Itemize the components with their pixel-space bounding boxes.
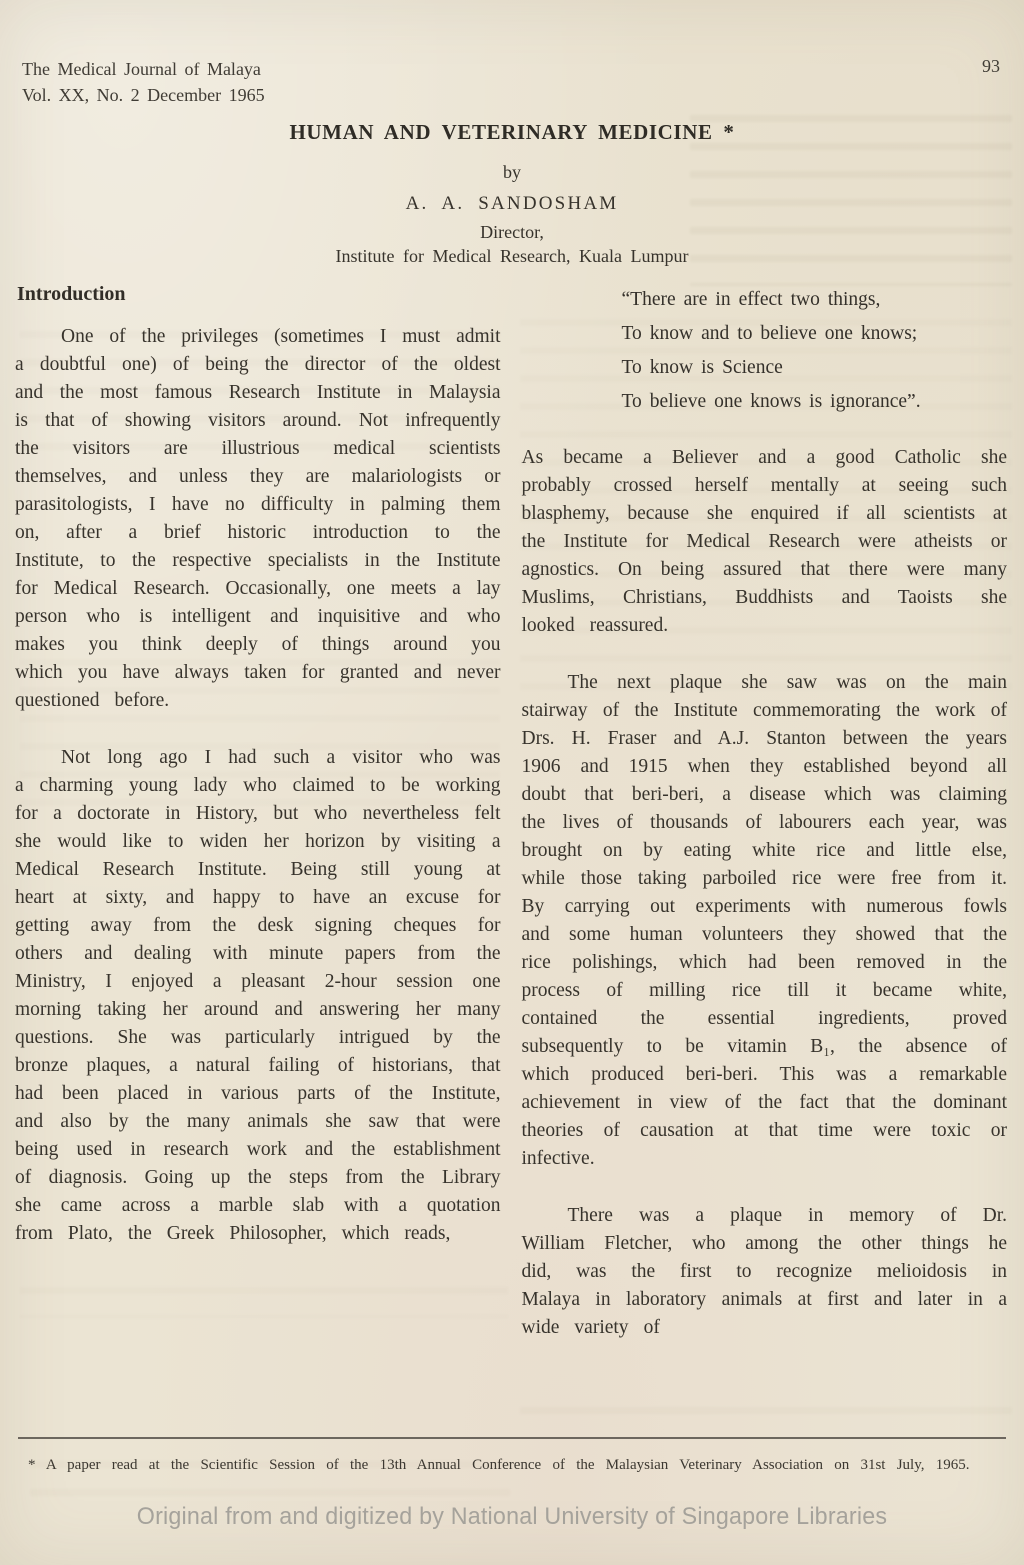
plato-quote: “There are in effect two things, To know…	[622, 283, 1008, 419]
author-affiliation: Institute for Medical Research, Kuala Lu…	[0, 246, 1024, 267]
article-title-block: HUMAN AND VETERINARY MEDICINE * by A. A.…	[0, 120, 1024, 267]
left-column: Introduction One of the privileges (some…	[15, 281, 501, 1435]
journal-title-line: The Medical Journal of Malaya	[22, 56, 265, 82]
page-header: The Medical Journal of Malaya Vol. XX, N…	[22, 56, 1000, 108]
author-name: A. A. SANDOSHAM	[0, 193, 1024, 215]
digitization-watermark: Original from and digitized by National …	[15, 1503, 1008, 1531]
footnote: * A paper read at the Scientific Session…	[28, 1452, 994, 1479]
quote-line: “There are in effect two things,	[622, 283, 1008, 317]
footnote-rule	[18, 1437, 1006, 1439]
quote-line: To believe one knows is ignorance”.	[622, 385, 1008, 419]
article-title: HUMAN AND VETERINARY MEDICINE *	[0, 120, 1024, 145]
byline: by	[0, 162, 1024, 183]
paragraph: There was a plaque in memory of Dr. Will…	[522, 1202, 1008, 1342]
paragraph: As became a Believer and a good Catholic…	[522, 444, 1008, 640]
scanned-journal-page: The Medical Journal of Malaya Vol. XX, N…	[0, 0, 1024, 1565]
journal-identification: The Medical Journal of Malaya Vol. XX, N…	[22, 56, 265, 108]
paragraph: The next plaque she saw was on the main …	[522, 669, 1008, 1173]
paragraph: One of the privileges (sometimes I must …	[15, 323, 501, 715]
quote-line: To know is Science	[622, 351, 1008, 385]
journal-volume-line: Vol. XX, No. 2 December 1965	[22, 82, 265, 108]
author-role: Director,	[0, 222, 1024, 243]
page-number: 93	[982, 56, 1000, 77]
two-column-body: Introduction One of the privileges (some…	[15, 281, 1007, 1435]
section-heading-introduction: Introduction	[17, 283, 501, 306]
right-column: “There are in effect two things, To know…	[522, 281, 1008, 1435]
quote-line: To know and to believe one knows;	[622, 317, 1008, 351]
paragraph: Not long ago I had such a visitor who wa…	[15, 744, 501, 1248]
